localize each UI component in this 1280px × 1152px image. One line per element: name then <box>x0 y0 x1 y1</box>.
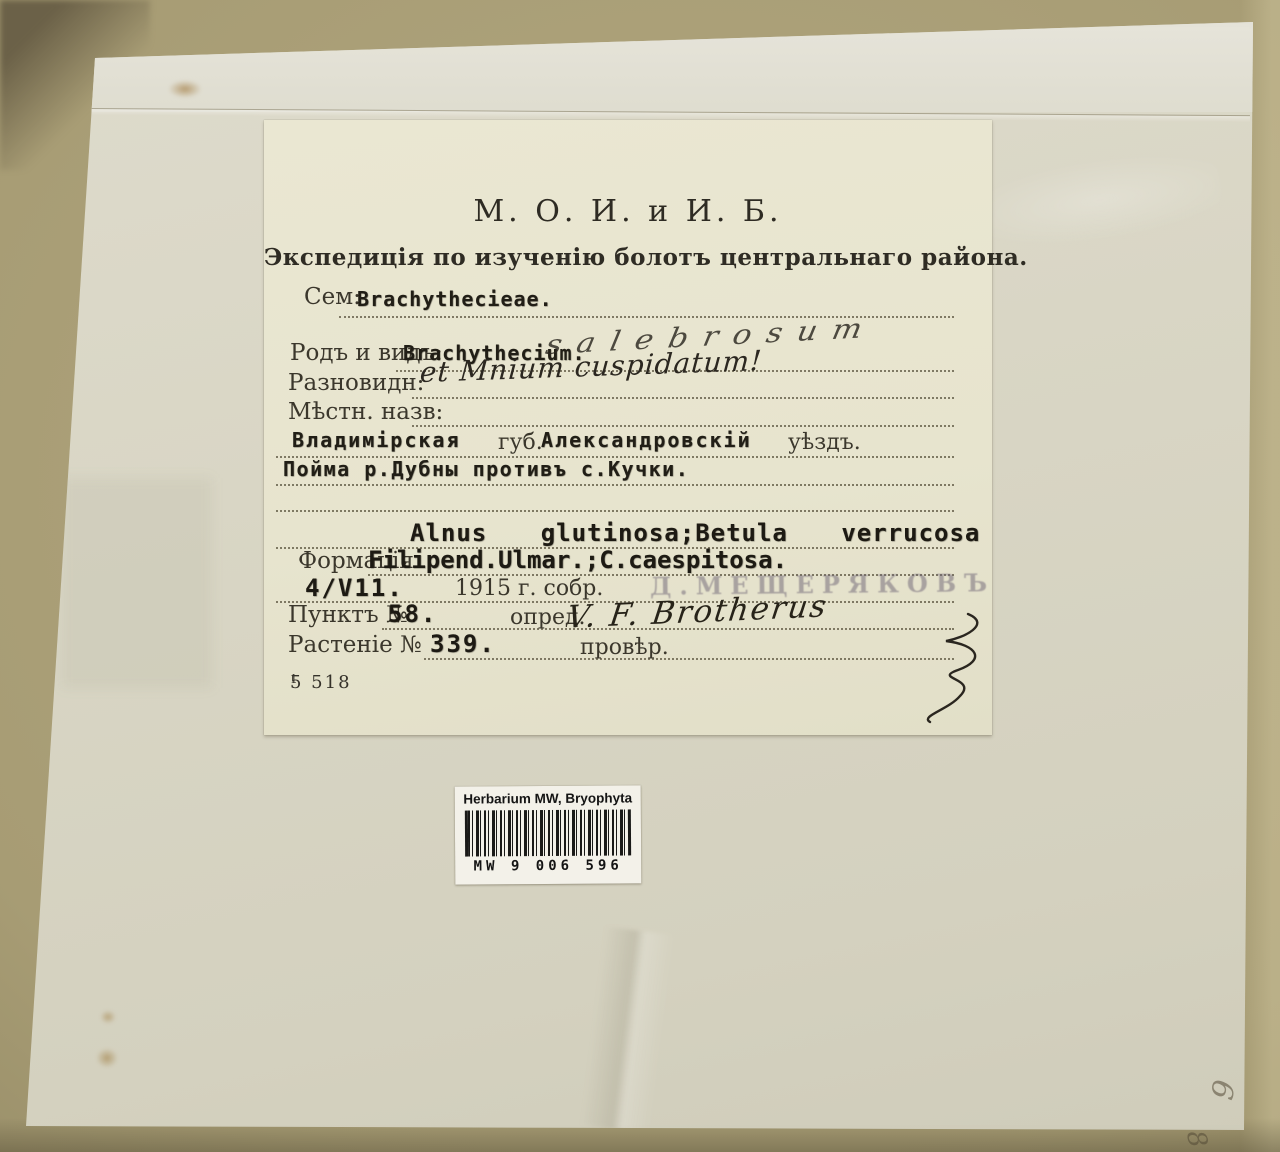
district-typed: Александровскій <box>541 428 752 452</box>
date-typed: 4/V11. <box>305 574 404 602</box>
plant-value: 339. <box>430 630 496 658</box>
province-typed: Владимірская <box>292 428 461 452</box>
dotted-rule <box>412 425 954 427</box>
point-value: 58. <box>388 600 437 628</box>
plant-label: Растеніе № <box>288 632 422 658</box>
dotted-rule <box>276 484 954 486</box>
gubernia-label: губ. <box>498 430 543 455</box>
org-title: М. О. И. и И. Б. <box>264 194 992 229</box>
barcode-number: MW 9 006 596 <box>455 857 641 874</box>
barcode-label: Herbarium MW, Bryophyta MW 9 006 596 <box>455 785 642 884</box>
barcode-title: Herbarium MW, Bryophyta <box>455 790 641 806</box>
family-label: Сем: <box>304 284 361 310</box>
specimen-label: М. О. И. и И. Б. Экспедиція по изученію … <box>264 120 992 735</box>
barcode-bars <box>465 809 631 856</box>
vegetation-typed: Alnus glutinosa;Betula verrucosa <box>410 519 980 547</box>
formation-typed: Filipend.Ulmar.;C.caespitosa. <box>368 546 787 574</box>
variety-label: Разновидн: <box>288 370 424 396</box>
local-name-label: Мѣстн. назв: <box>288 399 443 425</box>
dotted-rule <box>412 397 954 399</box>
photo-backdrop: М. О. И. и И. Б. Экспедиція по изученію … <box>0 0 1280 1152</box>
expedition-subtitle: Экспедиція по изученію болотъ центральна… <box>264 244 992 271</box>
signature-flourish <box>904 612 990 724</box>
locality-typed: Пойма р.Дубны противъ с.Кучки. <box>283 457 689 481</box>
family-value: Brachythecieae. <box>357 287 553 311</box>
uyezd-label: уѣздъ. <box>788 430 861 455</box>
catalog-number-sub: 1 <box>290 672 300 686</box>
verified-by-label: провѣр. <box>580 635 669 660</box>
dotted-rule <box>424 658 954 660</box>
year-collected-label: 1915 г. собр. <box>455 576 603 601</box>
dotted-rule <box>276 510 954 512</box>
